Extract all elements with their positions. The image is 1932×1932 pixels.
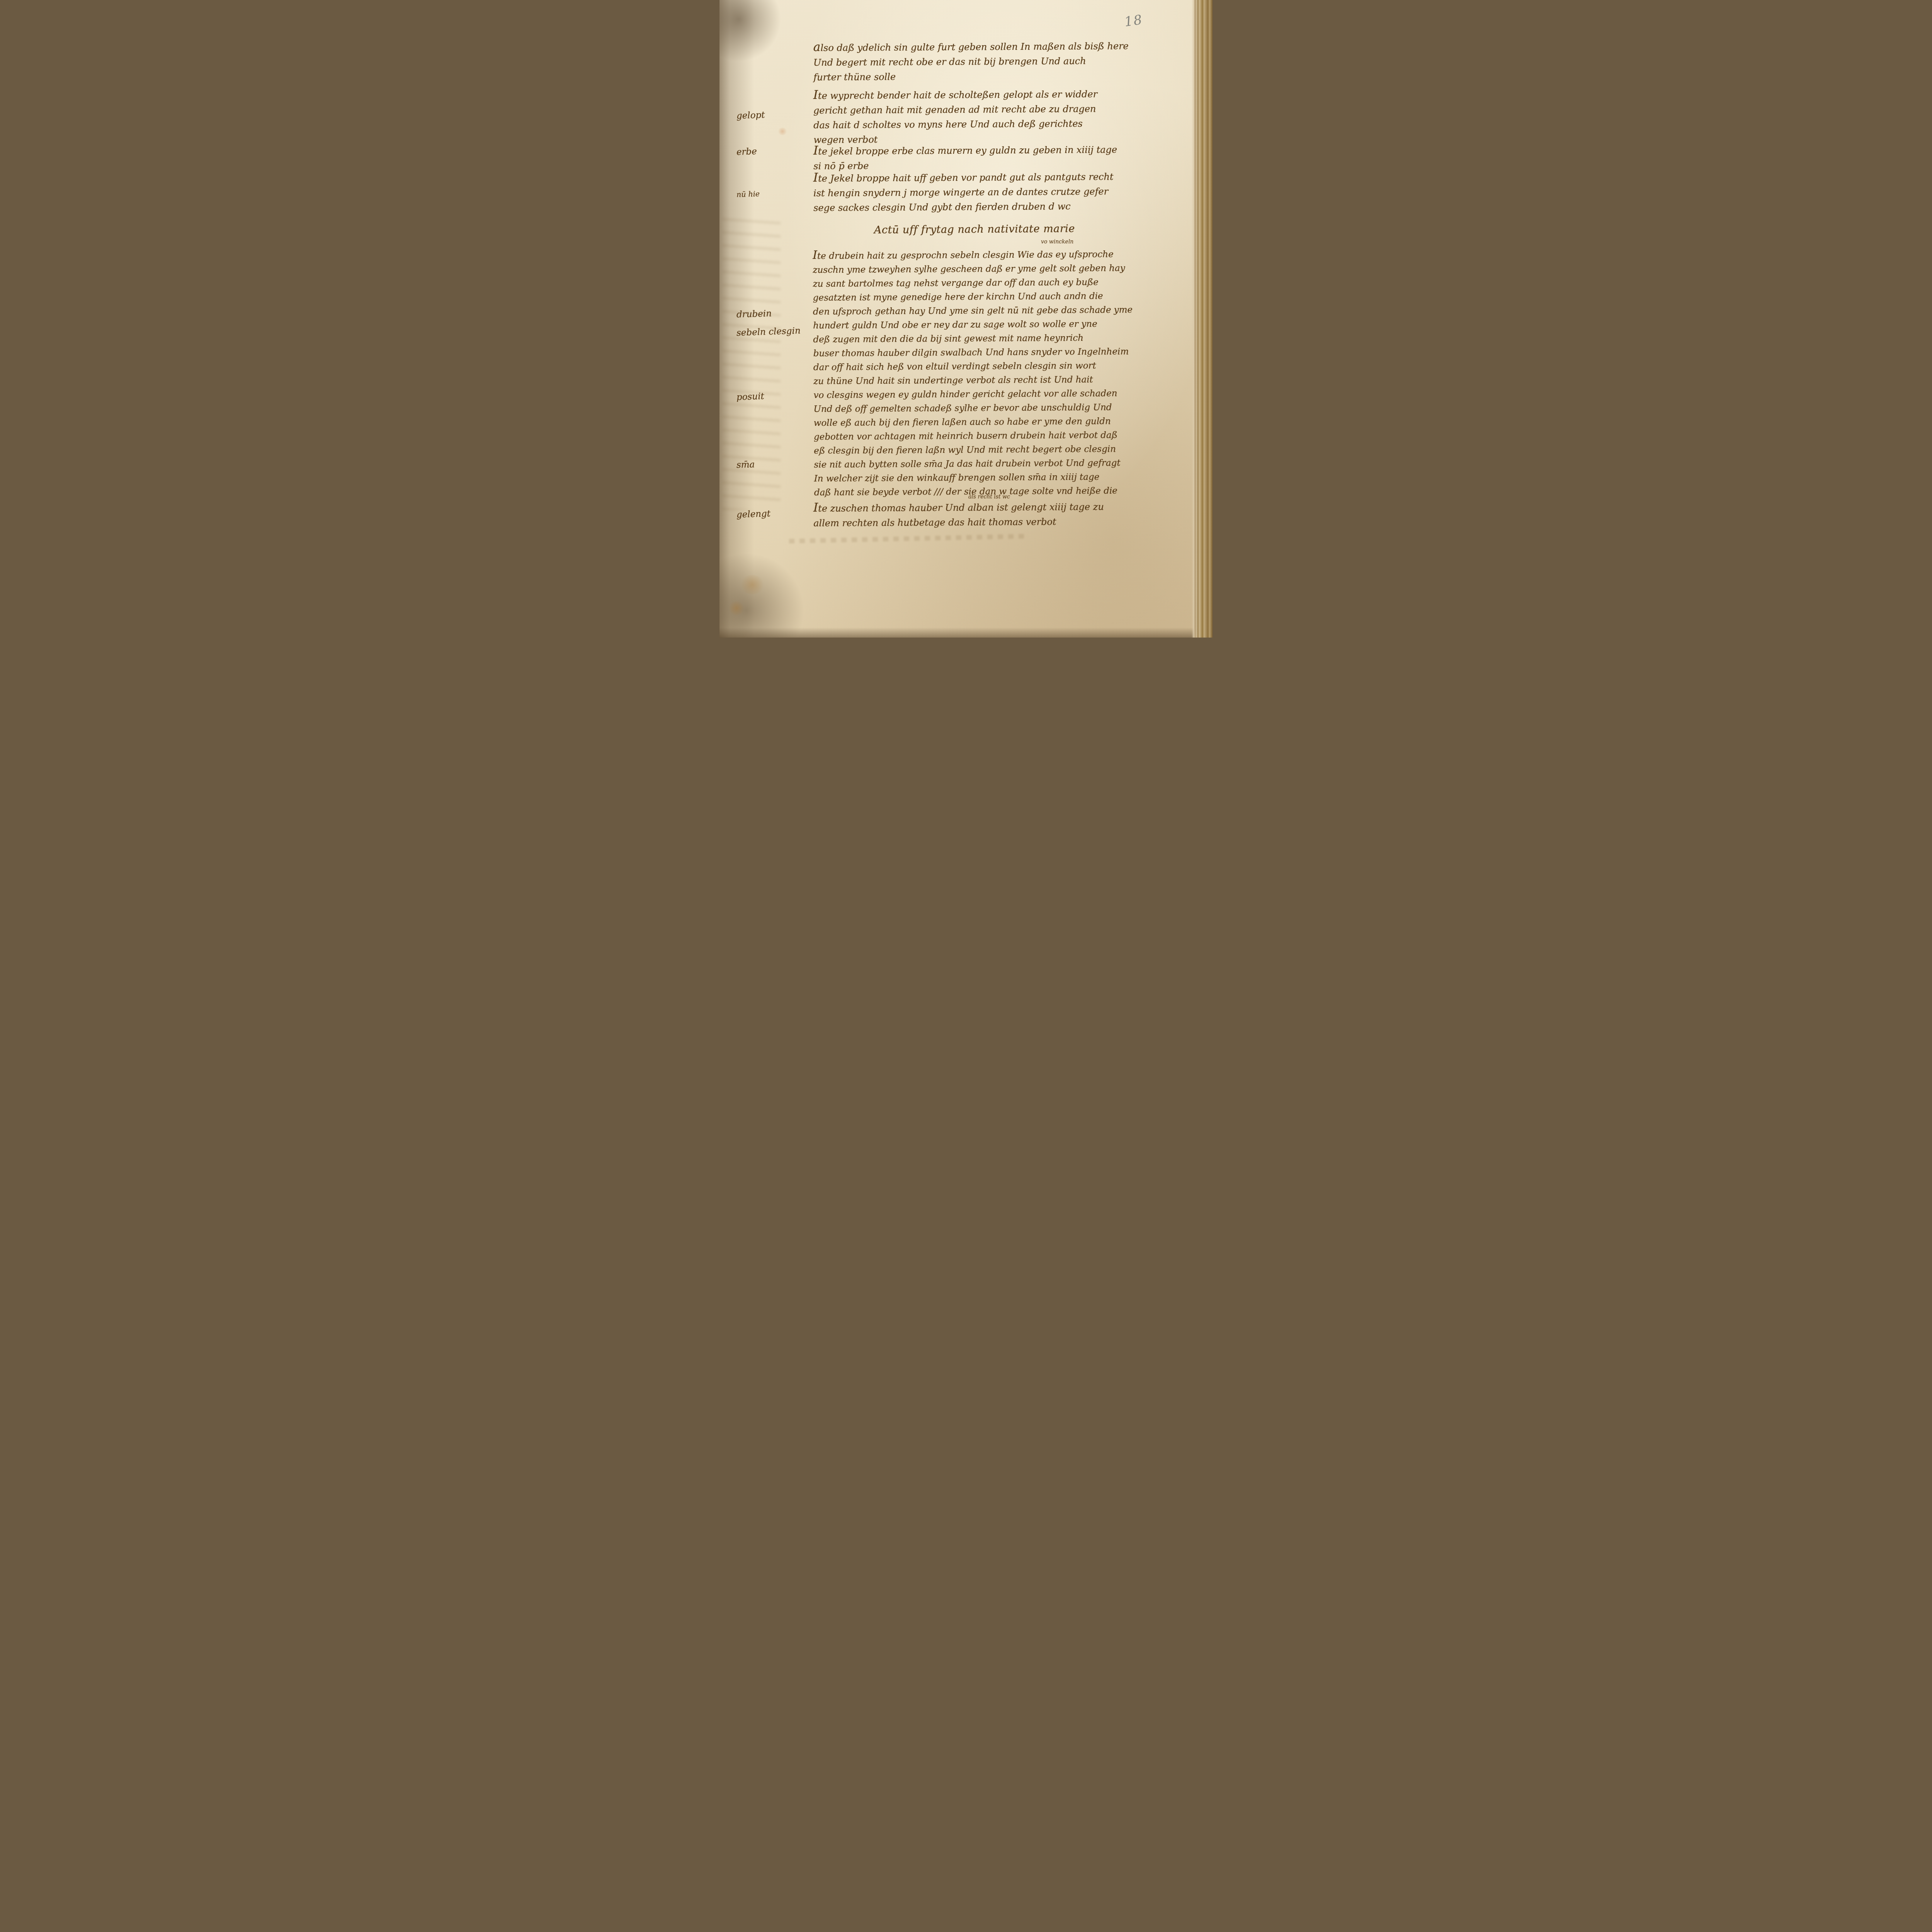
text-line: Und begert mit recht obe er das nit bij … xyxy=(813,53,1204,70)
margin-note-sma: sm̄a xyxy=(736,459,755,470)
text-line: gebotten vor achtagen mit heinrich buser… xyxy=(814,428,1204,444)
margin-note-erbe: erbe xyxy=(736,146,757,157)
paper-stain xyxy=(728,601,745,615)
text-line: den ufsproch gethan hay Und yme sin gelt… xyxy=(813,303,1203,319)
text-line: zu sant bartolmes tag nehst vergange dar… xyxy=(813,275,1203,291)
corner-shadow-top-left xyxy=(719,0,781,62)
margin-note-drubein: drubein xyxy=(736,308,772,320)
text-line: allem rechten als hutbetage das hait tho… xyxy=(813,514,1204,531)
text-line: sege sackes clesgin Und gybt den fierden… xyxy=(813,198,1204,215)
corner-shadow-bottom-left xyxy=(719,553,804,638)
text-line: gesatzten ist myne genedige here der kir… xyxy=(813,289,1203,305)
text-line: sie nit auch bytten solle sm̄a Ja das ha… xyxy=(814,456,1204,472)
text-line: hundert guldn Und obe er ney dar zu sage… xyxy=(813,316,1203,333)
entry-drubein-clesgin: Ite drubein hait zu gesprochn sebeln cle… xyxy=(813,246,1204,500)
text-line: ist hengin snydern j morge wingerte an d… xyxy=(813,184,1204,201)
text-line: dar off hait sich heß von eltuil verding… xyxy=(813,358,1204,374)
text-line: das hait d scholtes vo myns here Und auc… xyxy=(813,116,1204,133)
manuscript-page: 18 gelopt erbe nū hie drubein sebeln cle… xyxy=(719,0,1213,638)
text-line: vo clesgins wegen ey guldn hinder gerich… xyxy=(813,386,1204,402)
bottom-edge-shadow xyxy=(719,628,1213,638)
text-line: Und deß off gemelten schadeß sylhe er be… xyxy=(813,400,1204,416)
entry-wyprecht-bender: Ite wyprecht bender hait de scholteßen g… xyxy=(813,85,1204,147)
margin-note-gelopt: gelopt xyxy=(736,110,765,121)
interlinear-note-vo-winckeln: vo winckeln xyxy=(1041,239,1073,245)
text-line: In welcher zijt sie den winkauff brengen… xyxy=(814,469,1204,486)
text-line: eß clesgin bij den fieren laßn wyl Und m… xyxy=(814,442,1204,458)
text-line: Ite jekel broppe erbe clas murern ey gul… xyxy=(813,141,1204,159)
ink-showthrough xyxy=(789,534,1029,544)
text-line: buser thomas hauber dilgin swalbach Und … xyxy=(813,344,1204,361)
section-heading: Actū uff frytag nach nativitate marie xyxy=(874,223,1090,236)
margin-note-sebeln-clesgin: sebeln clesgin xyxy=(736,326,801,338)
text-line: gericht gethan hait mit genaden ad mit r… xyxy=(813,101,1204,118)
margin-note-posuit: posuit xyxy=(736,391,765,402)
folio-number: 18 xyxy=(1123,12,1143,30)
paper-stain xyxy=(740,575,765,594)
text-line: furter thüne solle xyxy=(813,68,1204,85)
text-line: wolle eß auch bij den fieren laßen auch … xyxy=(814,414,1204,430)
text-line: Ite zuschen thomas hauber Und alban ist … xyxy=(813,498,1204,516)
entry-thomas-hauber-alban: Ite zuschen thomas hauber Und alban ist … xyxy=(813,498,1204,531)
paper-stain xyxy=(777,128,787,135)
entry-jekel-broppe-pfand: Ite Jekel broppe hait uff geben vor pand… xyxy=(813,168,1204,215)
text-line: zuschn yme tzweyhen sylhe gescheen daß e… xyxy=(813,261,1203,277)
text-line: deß zugen mit den die da bij sint gewest… xyxy=(813,330,1203,347)
entry-continuation: also daß ydelich sin gulte furt geben so… xyxy=(813,37,1204,85)
text-line: Ite Jekel broppe hait uff geben vor pand… xyxy=(813,168,1204,186)
margin-note-gelengt: gelengt xyxy=(736,509,771,520)
text-line: Ite wyprecht bender hait de scholteßen g… xyxy=(813,85,1204,103)
text-line: Ite drubein hait zu gesprochn sebeln cle… xyxy=(813,246,1203,263)
text-line: also daß ydelich sin gulte furt geben so… xyxy=(813,37,1204,55)
margin-note-nu-hie: nū hie xyxy=(736,190,760,199)
text-line: zu thüne Und hait sin undertinge verbot … xyxy=(813,372,1204,388)
